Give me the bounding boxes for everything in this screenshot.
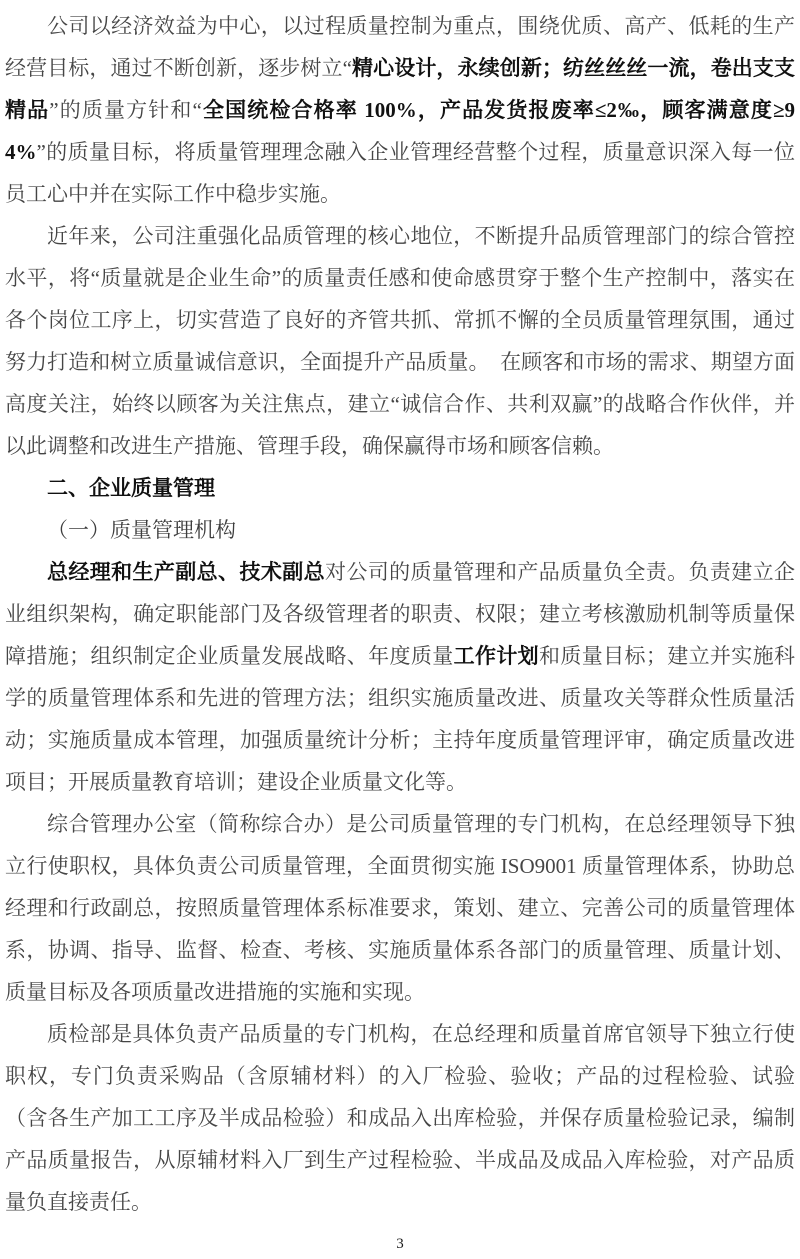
bold-text-run: 总经理和生产副总、技术副总 (47, 560, 325, 584)
text-run: 近年来，公司注重强化品质管理的核心地位，不断提升品质管理部门的综合管控水平，将“… (5, 224, 795, 458)
subsection-heading-quality-management-organization: （一）质量管理机构 (5, 509, 795, 551)
bold-text-run: 工作计划 (454, 644, 539, 668)
text-run: （一）质量管理机构 (47, 518, 236, 542)
bold-text-run: 二、企业质量管理 (47, 476, 215, 500)
paragraph-qc-department-duties: 质检部是具体负责产品质量的专门机构，在总经理和质量首席官领导下独立行使职权，专门… (5, 1013, 795, 1223)
text-run: 质检部是具体负责产品质量的专门机构，在总经理和质量首席官领导下独立行使职权，专门… (5, 1022, 795, 1214)
document-page: 公司以经济效益为中心，以过程质量控制为重点，围绕优质、高产、低耗的生产经营目标，… (0, 0, 800, 1259)
paragraph-admin-office-duties: 综合管理办公室（简称综合办）是公司质量管理的专门机构，在总经理领导下独立行使职权… (5, 803, 795, 1013)
document-body: 公司以经济效益为中心，以过程质量控制为重点，围绕优质、高产、低耗的生产经营目标，… (5, 5, 795, 1223)
text-run: ”的质量目标，将质量管理理念融入企业管理经营整个过程，质量意识深入每一位员工心中… (5, 140, 795, 206)
section-heading-enterprise-quality-management: 二、企业质量管理 (5, 467, 795, 509)
text-run: ”的质量方针和“ (49, 98, 202, 122)
page-number: 3 (0, 1235, 800, 1253)
paragraph-quality-policy: 公司以经济效益为中心，以过程质量控制为重点，围绕优质、高产、低耗的生产经营目标，… (5, 5, 795, 215)
paragraph-quality-culture: 近年来，公司注重强化品质管理的核心地位，不断提升品质管理部门的综合管控水平，将“… (5, 215, 795, 467)
paragraph-general-manager-duties: 总经理和生产副总、技术副总对公司的质量管理和产品质量负全责。负责建立企业组织架构… (5, 551, 795, 803)
text-run: 综合管理办公室（简称综合办）是公司质量管理的专门机构，在总经理领导下独立行使职权… (5, 812, 795, 1004)
